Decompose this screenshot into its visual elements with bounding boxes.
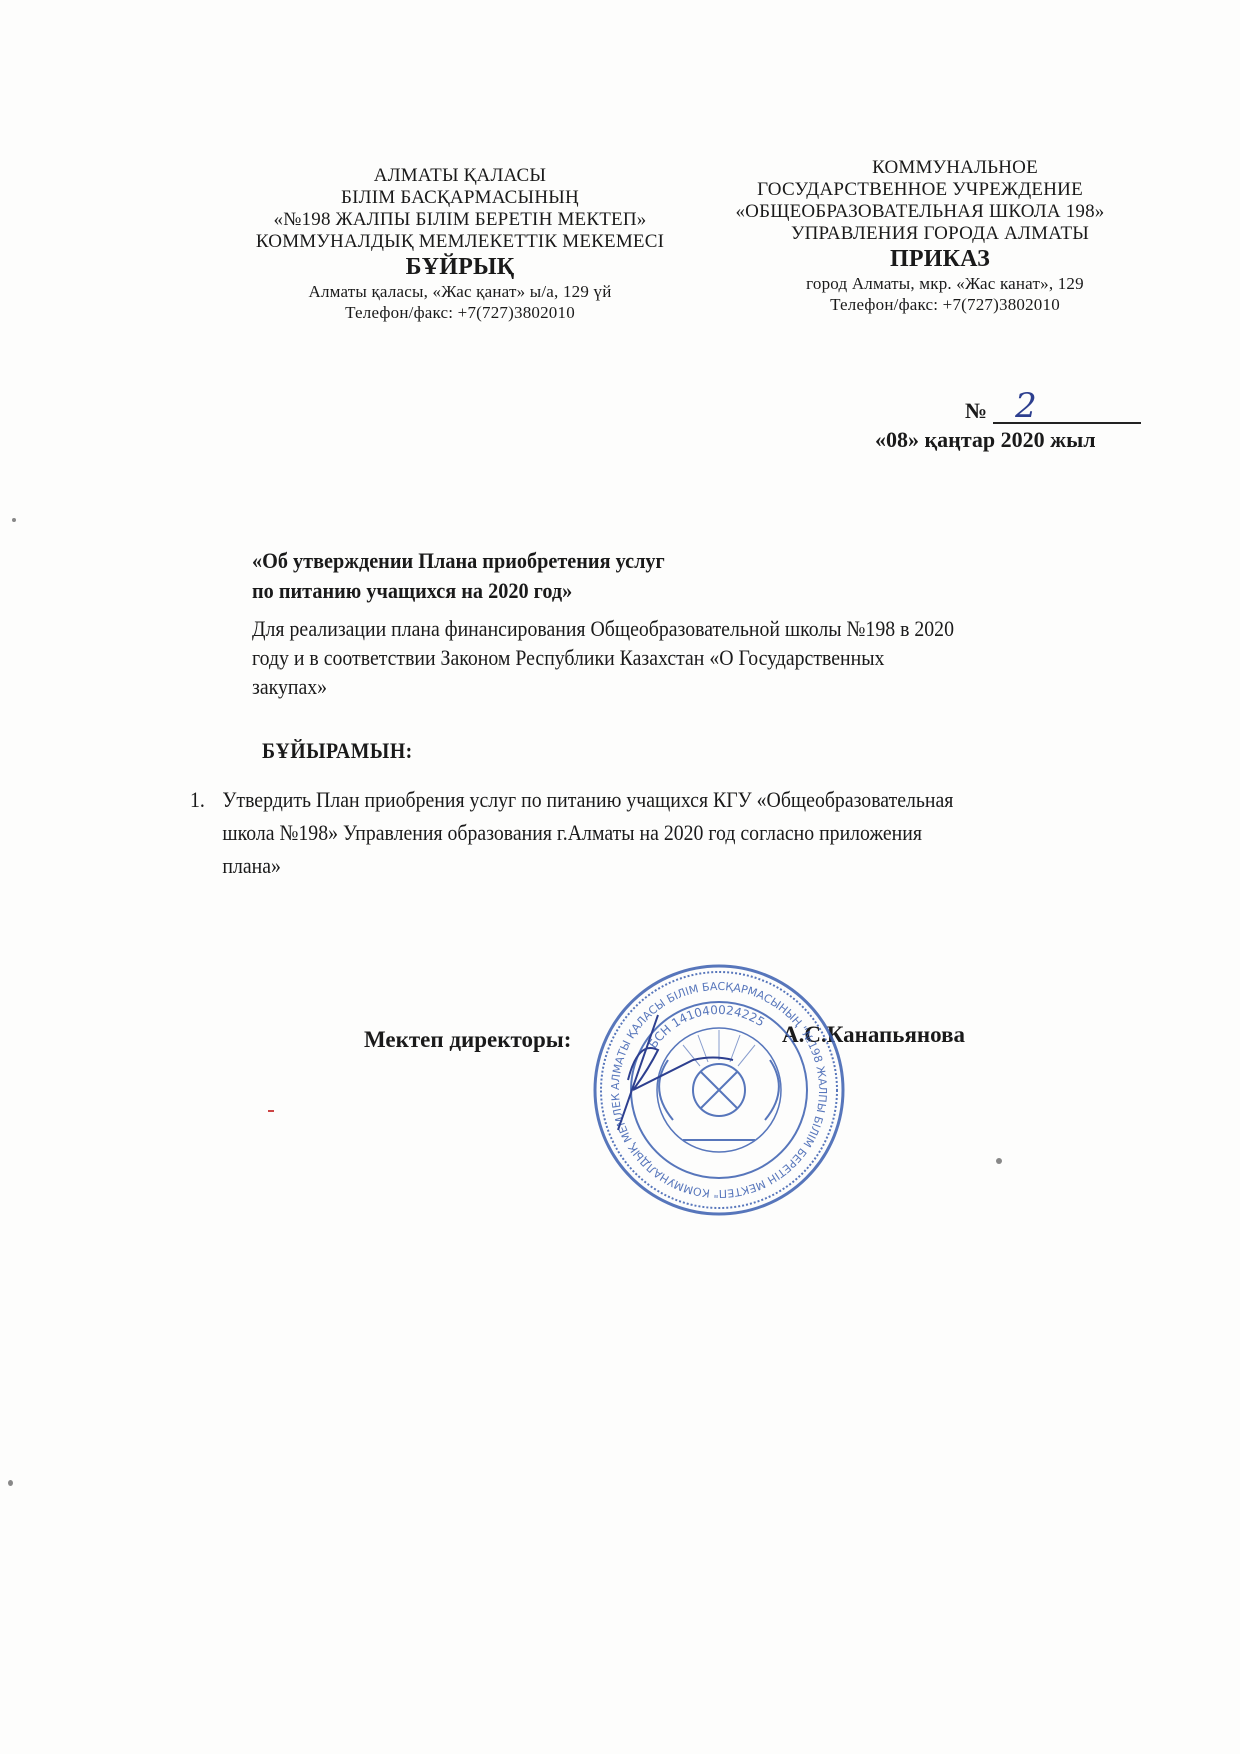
preamble-line: году и в соответствии Законом Республики… [252, 643, 1161, 672]
signature-label: Мектеп директоры: [364, 1027, 571, 1053]
header-right-title: ПРИКАЗ [720, 245, 1120, 273]
order-number: №2 [965, 398, 1141, 424]
scan-speck [12, 518, 16, 522]
scan-speck [996, 1158, 1002, 1164]
header-right-line: УПРАВЛЕНИЯ ГОРОДА АЛМАТЫ [720, 223, 1120, 245]
header-left-line: КОММУНАЛДЫҚ МЕМЛЕКЕТТІК МЕКЕМЕСІ [230, 231, 690, 253]
subject-line: по питанию учащихся на 2020 год» [252, 576, 665, 606]
header-right-line: «ОБЩЕОБРАЗОВАТЕЛЬНАЯ ШКОЛА 198» [720, 201, 1120, 223]
order-subject: «Об утверждении Плана приобретения услуг… [252, 546, 665, 606]
item-number: 1. [190, 783, 205, 816]
header-right-address: город Алматы, мкр. «Жас канат», 129 [720, 273, 1120, 294]
order-number-handwritten: 2 [1015, 386, 1037, 426]
item-line: плана» [222, 849, 953, 882]
item-text: Утвердить План приобрения услуг по питан… [222, 783, 953, 882]
header-right-russian: КОММУНАЛЬНОЕ ГОСУДАРСТВЕННОЕ УЧРЕЖДЕНИЕ … [720, 157, 1120, 315]
subject-line: «Об утверждении Плана приобретения услуг [252, 546, 665, 576]
preamble-line: Для реализации плана финансирования Обще… [252, 614, 1161, 643]
header-left-line: БІЛІМ БАСҚАРМАСЫНЫҢ [230, 187, 690, 209]
header-left-phone: Телефон/факс: +7(727)3802010 [230, 302, 690, 323]
preamble: Для реализации плана финансирования Обще… [252, 614, 1161, 701]
scan-speck [8, 1480, 13, 1486]
header-left-title: БҰЙРЫҚ [230, 253, 690, 281]
decree-word: БҰЙЫРАМЫН: [262, 738, 413, 764]
header-left-kazakh: АЛМАТЫ ҚАЛАСЫ БІЛІМ БАСҚАРМАСЫНЫҢ «№198 … [230, 165, 690, 323]
header-left-address: Алматы қаласы, «Жас қанат» ы/а, 129 үй [230, 281, 690, 302]
header-left-line: «№198 ЖАЛПЫ БІЛІМ БЕРЕТІН МЕКТЕП» [230, 209, 690, 231]
header-right-line: КОММУНАЛЬНОЕ [720, 157, 1120, 179]
order-date: «08» қаңтар 2020 жыл [875, 427, 1096, 453]
scan-speck [268, 1110, 274, 1112]
header-right-line: ГОСУДАРСТВЕННОЕ УЧРЕЖДЕНИЕ [720, 179, 1120, 201]
svg-text:БСН 141040024225: БСН 141040024225 [646, 1003, 767, 1051]
official-stamp: АЛМАТЫ ҚАЛАСЫ БІЛІМ БАСҚАРМАСЫНЫҢ "№198 … [588, 960, 850, 1220]
stamp-bin: БСН 141040024225 [646, 1003, 767, 1051]
item-line: Утвердить План приобрения услуг по питан… [222, 783, 953, 816]
header-left-line: АЛМАТЫ ҚАЛАСЫ [230, 165, 690, 187]
item-line: школа №198» Управления образования г.Алм… [222, 816, 953, 849]
preamble-line: закупах» [252, 672, 1161, 701]
header-right-phone: Телефон/факс: +7(727)3802010 [720, 294, 1120, 315]
order-number-label: № [965, 398, 987, 423]
stamp-seal-icon: АЛМАТЫ ҚАЛАСЫ БІЛІМ БАСҚАРМАСЫНЫҢ "№198 … [588, 960, 850, 1220]
order-number-field: 2 [993, 400, 1141, 424]
